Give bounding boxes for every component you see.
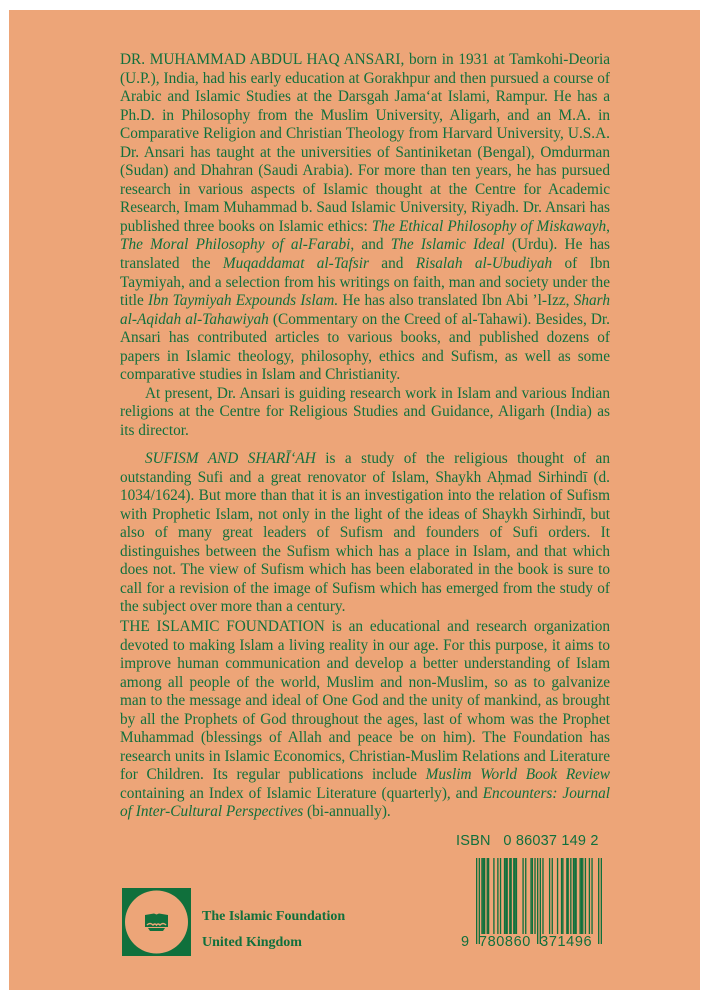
book-summary-paragraph: SUFISM AND SHARĪ‘AH is a study of the re… — [120, 450, 610, 617]
author-bio: DR. MUHAMMAD ABDUL HAQ ANSARI, born in 1… — [120, 51, 610, 440]
back-cover: DR. MUHAMMAD ABDUL HAQ ANSARI, born in 1… — [9, 10, 700, 990]
author-current-role: At present, Dr. Ansari is guiding resear… — [120, 385, 610, 441]
publisher-name: The Islamic Foundation — [202, 909, 345, 925]
isbn-label: ISBN 0 86037 149 2 — [456, 833, 599, 849]
publisher-description: THE ISLAMIC FOUNDATION is an educational… — [120, 618, 610, 822]
publisher-description-paragraph: THE ISLAMIC FOUNDATION is an educational… — [120, 618, 610, 822]
author-bio-paragraph: DR. MUHAMMAD ABDUL HAQ ANSARI, born in 1… — [120, 51, 610, 385]
barcode-digits: 9 780860 371496 — [461, 934, 592, 950]
publisher-location: United Kingdom — [202, 935, 302, 951]
book-in-circle-icon — [122, 888, 191, 956]
barcode — [476, 858, 602, 944]
book-summary: SUFISM AND SHARĪ‘AH is a study of the re… — [120, 450, 610, 617]
